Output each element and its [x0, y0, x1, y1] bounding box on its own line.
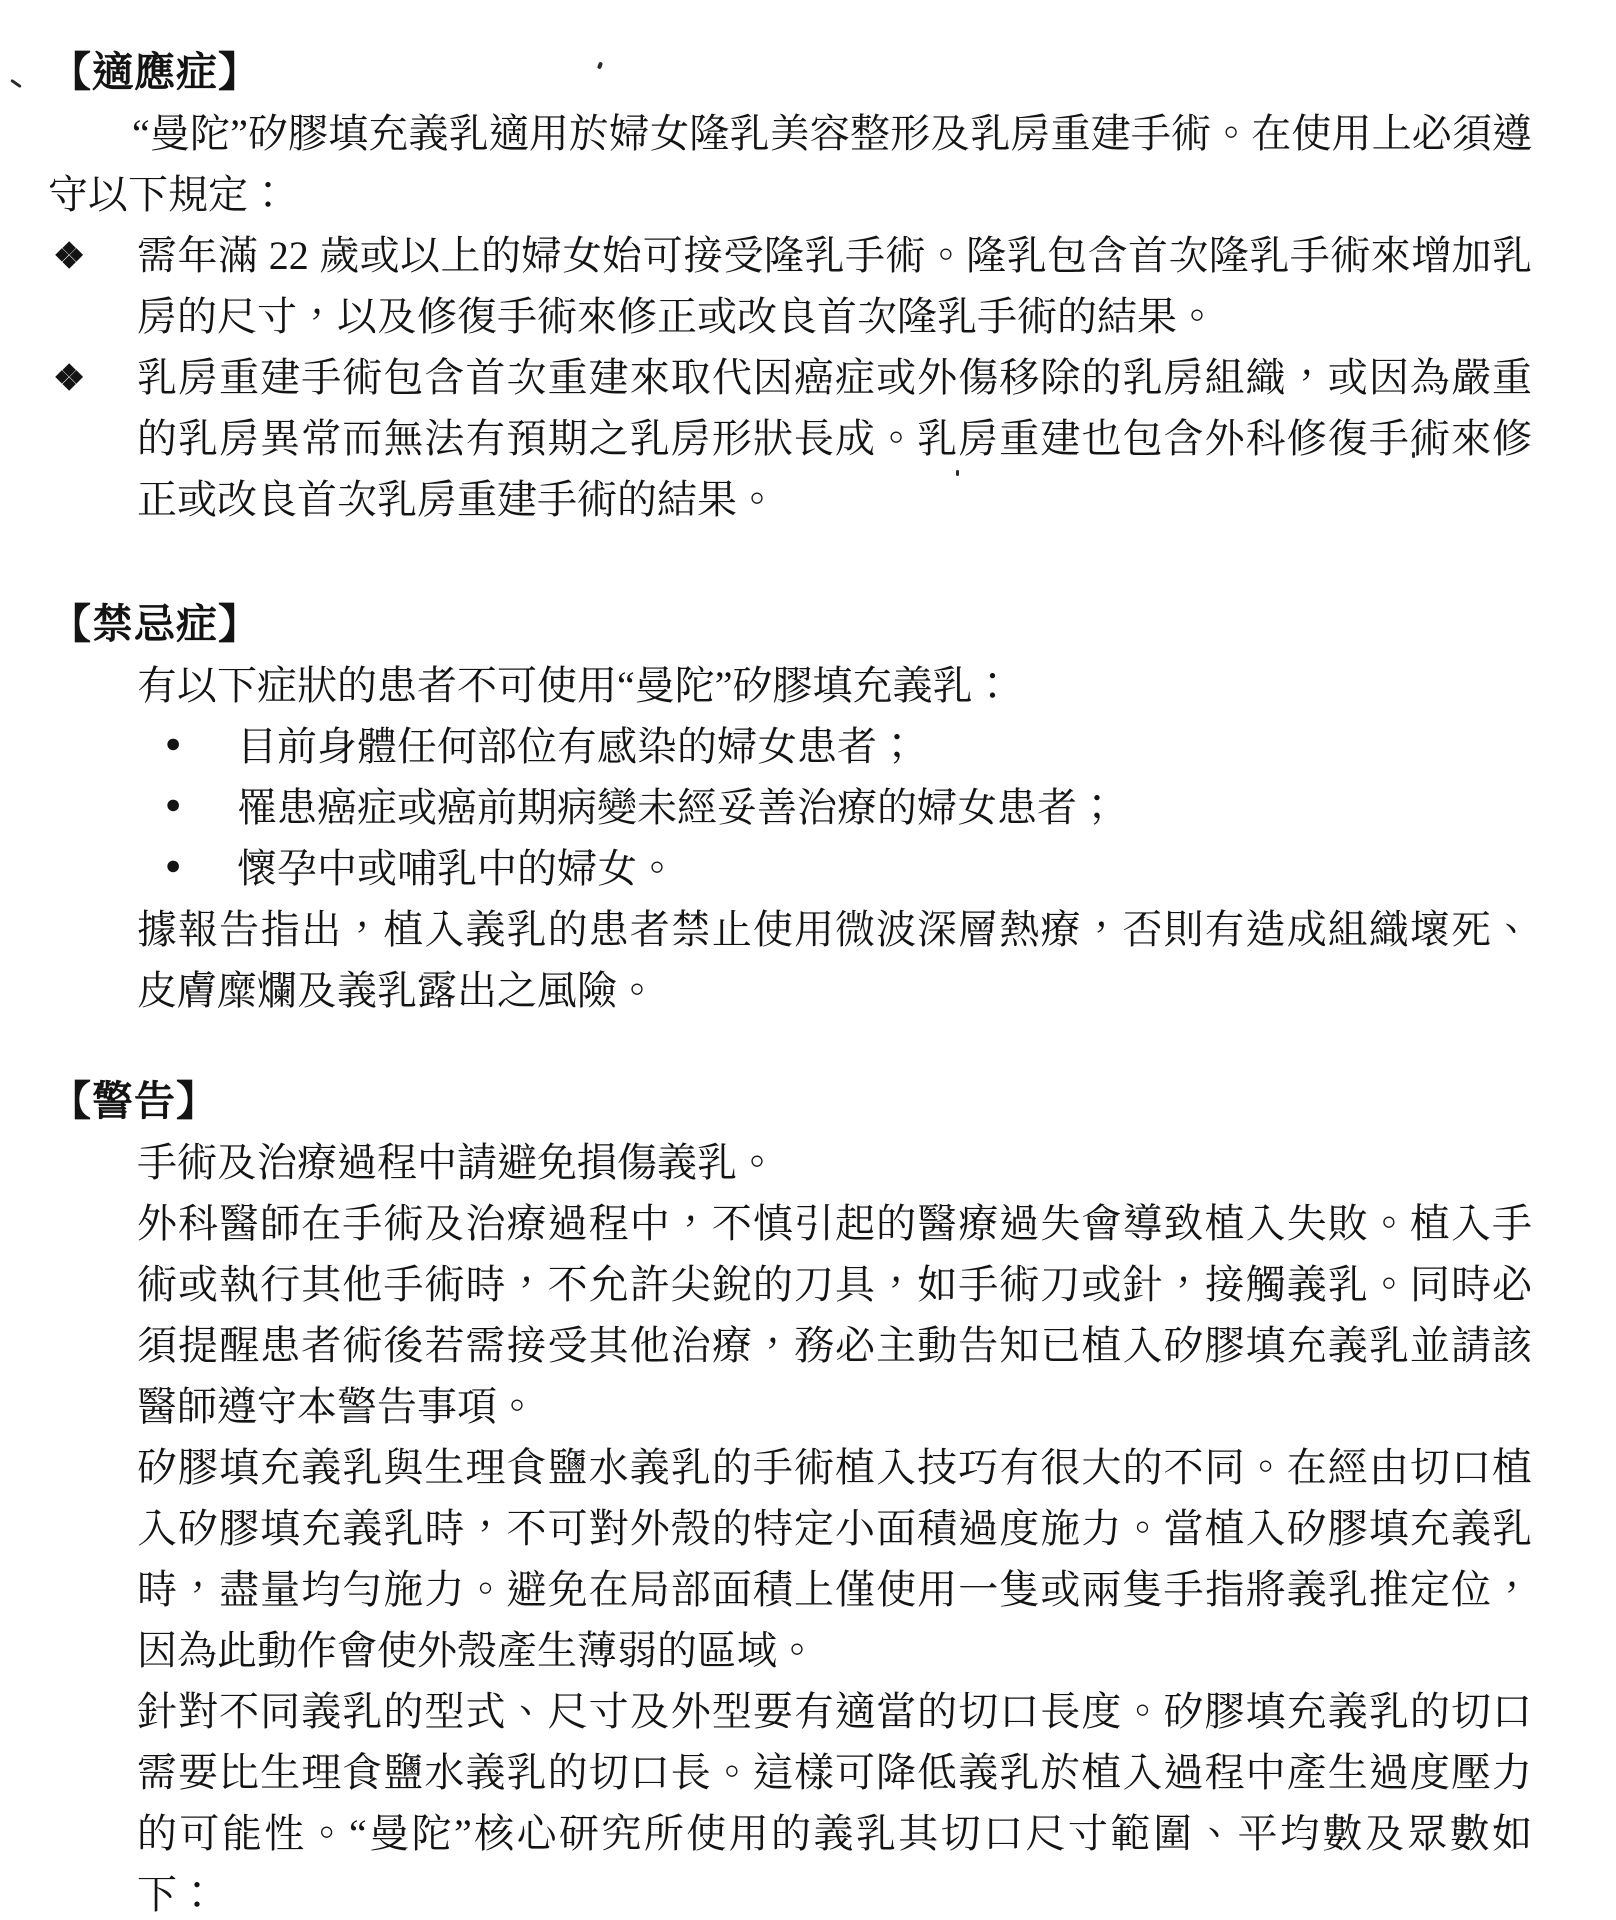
list-item: ❖ 乳房重建手術包含首次重建來取代因癌症或外傷移除的乳房組織，或因為嚴重的乳房異… — [137, 347, 1532, 530]
dot-bullet-icon: ● — [165, 774, 181, 835]
indication-bullet-text: 乳房重建手術包含首次重建來取代因癌症或外傷移除的乳房組織，或因為嚴重的乳房異常而… — [137, 347, 1532, 530]
section-indications: 【適應症】 “曼陀”矽膠填充義乳適用於婦女隆乳美容整形及乳房重建手術。在使用上必… — [48, 42, 1532, 530]
contraindication-bullet-text: 懷孕中或哺乳中的婦女。 — [237, 838, 1532, 899]
diamond-bullet-icon: ❖ — [53, 348, 85, 409]
indications-intro: “曼陀”矽膠填充義乳適用於婦女隆乳美容整形及乳房重建手術。在使用上必須遵守以下規… — [48, 103, 1532, 225]
warnings-paragraph: 針對不同義乳的型式、尺寸及外型要有適當的切口長度。矽膠填充義乳的切口需要比生理食… — [137, 1681, 1532, 1920]
section-warnings: 【警告】 手術及治療過程中請避免損傷義乳。 外科醫師在手術及治療過程中，不慎引起… — [48, 1071, 1532, 1920]
contraindications-header: 【禁忌症】 — [50, 594, 1532, 655]
diamond-bullet-icon: ❖ — [53, 226, 85, 287]
dot-bullet-icon: ● — [165, 835, 181, 896]
indication-bullet-text: 需年滿 22 歲或以上的婦女始可接受隆乳手術。隆乳包含首次隆乳手術來增加乳房的尺… — [137, 225, 1532, 347]
warnings-paragraph: 外科醫師在手術及治療過程中，不慎引起的醫療過失會導致植入失敗。植入手術或執行其他… — [137, 1193, 1532, 1437]
list-item: ● 目前身體任何部位有感染的婦女患者； — [237, 716, 1532, 777]
list-item: ❖ 需年滿 22 歲或以上的婦女始可接受隆乳手術。隆乳包含首次隆乳手術來增加乳房… — [137, 225, 1532, 347]
dot-bullet-icon: ● — [165, 713, 181, 774]
indications-header: 【適應症】 — [50, 42, 1532, 103]
warnings-header: 【警告】 — [50, 1071, 1532, 1132]
contraindication-bullet-text: 目前身體任何部位有感染的婦女患者； — [237, 716, 1532, 777]
section-contraindications: 【禁忌症】 有以下症狀的患者不可使用“曼陀”矽膠填充義乳： ● 目前身體任何部位… — [48, 594, 1532, 1021]
contraindication-bullet-text: 罹患癌症或癌前期病變未經妥善治療的婦女患者； — [237, 777, 1532, 838]
warnings-subheading: 手術及治療過程中請避免損傷義乳。 — [137, 1132, 1532, 1193]
document-page: 【適應症】 “曼陀”矽膠填充義乳適用於婦女隆乳美容整形及乳房重建手術。在使用上必… — [0, 0, 1616, 1920]
contraindications-intro: 有以下症狀的患者不可使用“曼陀”矽膠填充義乳： — [137, 655, 1532, 716]
scan-artifact — [10, 79, 22, 88]
contraindications-note: 據報告指出，植入義乳的患者禁止使用微波深層熱療，否則有造成組織壞死、皮膚糜爛及義… — [137, 899, 1532, 1021]
warnings-paragraph: 矽膠填充義乳與生理食鹽水義乳的手術植入技巧有很大的不同。在經由切口植入矽膠填充義… — [137, 1437, 1532, 1681]
list-item: ● 罹患癌症或癌前期病變未經妥善治療的婦女患者； — [237, 777, 1532, 838]
list-item: ● 懷孕中或哺乳中的婦女。 — [237, 838, 1532, 899]
